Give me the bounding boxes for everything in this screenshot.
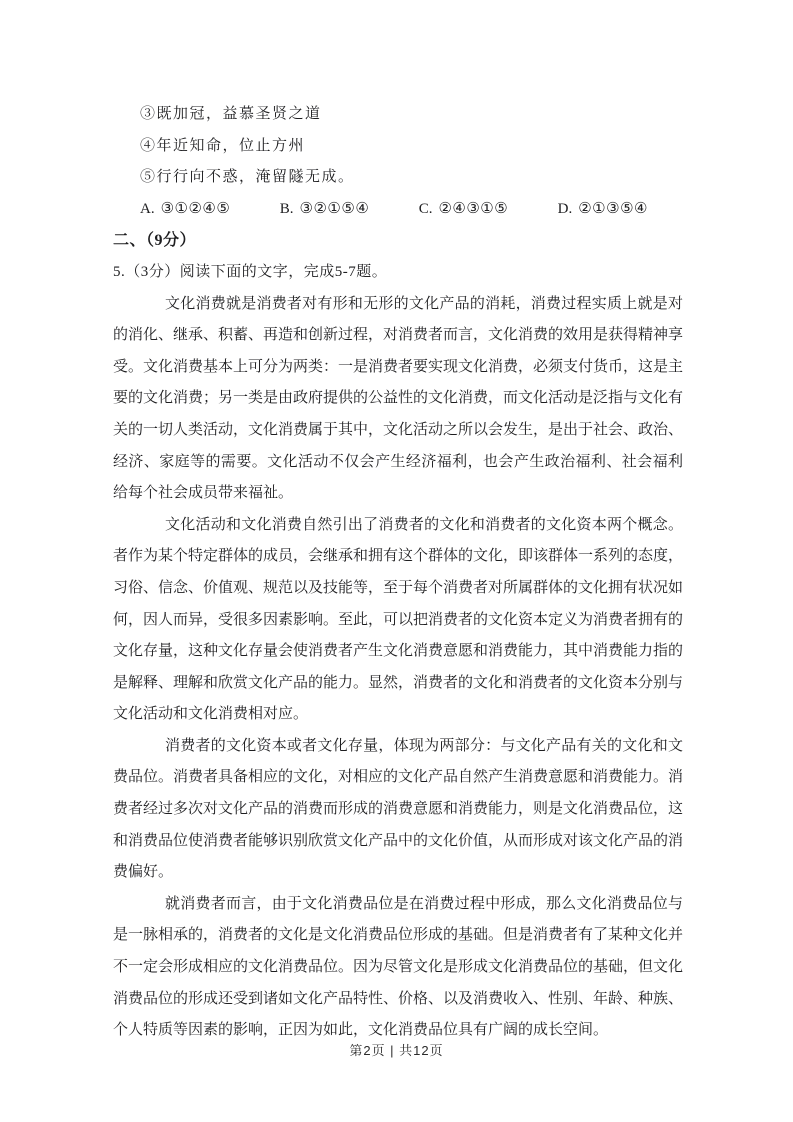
option-b-label: B. bbox=[280, 201, 294, 217]
passage-paragraph-1: 文化消费就是消费者对有形和无形的文化产品的消耗，消费过程实质上就是对文化 的消化… bbox=[113, 289, 683, 510]
passage-line: 要的文化消费；另一类是由政府提供的公益性的文化消费，而文化活动是泛指与文化有 bbox=[113, 383, 683, 415]
passage-line: 何，因人而异，受很多因素影响。至此，可以把消费者的文化资本定义为消费者拥有的 bbox=[113, 605, 683, 637]
question4-item-3: ③既加冠，益慕圣贤之道 bbox=[113, 99, 683, 131]
option-c-label: C. bbox=[419, 201, 433, 217]
passage-line: 受。文化消费基本上可分为两类：一是消费者要实现文化消费，必须支付货币，这是主 bbox=[113, 352, 683, 384]
option-d-sequence: ②①③⑤④ bbox=[578, 201, 648, 217]
page-footer: 第2页 | 共12页 bbox=[0, 1041, 793, 1061]
question5-intro: 5.（3分）阅读下面的文字，完成5-7题。 bbox=[113, 257, 683, 289]
passage-line: 文化消费就是消费者对有形和无形的文化产品的消耗，消费过程实质上就是对文化 bbox=[113, 289, 683, 321]
passage-paragraph-2: 文化活动和文化消费自然引出了消费者的文化和消费者的文化资本两个概念。消费 者作为… bbox=[113, 510, 683, 731]
passage-line: 关的一切人类活动，文化消费属于其中，文化活动之所以会发生，是出于社会、政治、 bbox=[113, 415, 683, 447]
option-c: C.②④③①⑤ bbox=[419, 194, 509, 226]
option-a: A.③①②④⑤ bbox=[140, 194, 230, 226]
passage-line: 和消费品位使消费者能够识别欣赏文化产品中的文化价值，从而形成对该文化产品的消 bbox=[113, 826, 683, 858]
question4-item-5: ⑤行行向不惑，淹留隧无成。 bbox=[113, 162, 683, 194]
question4-item-4: ④年近知命，位止方州 bbox=[113, 131, 683, 163]
passage-line: 是解释、理解和欣赏文化产品的能力。显然，消费者的文化和消费者的文化资本分别与 bbox=[113, 668, 683, 700]
passage-line: 不一定会形成相应的文化消费品位。因为尽管文化是形成文化消费品位的基础，但文化 bbox=[113, 952, 683, 984]
question4-options: A.③①②④⑤ B.③②①⑤④ C.②④③①⑤ D.②①③⑤④ bbox=[113, 194, 648, 226]
passage-line: 给每个社会成员带来福祉。 bbox=[113, 478, 683, 510]
option-b-sequence: ③②①⑤④ bbox=[300, 201, 370, 217]
passage-line: 消费者的文化资本或者文化存量，体现为两部分：与文化产品有关的文化和文化消 bbox=[113, 731, 683, 763]
passage-line: 经济、家庭等的需要。文化活动不仅会产生经济福利，也会产生政治福利、社会福利等， bbox=[113, 447, 683, 479]
passage-line: 习俗、信念、价值观、规范以及技能等，至于每个消费者对所属群体的文化拥有状况如 bbox=[113, 573, 683, 605]
page-indicator: 第2页 | 共12页 bbox=[349, 1043, 443, 1058]
passage-line: 文化活动和文化消费相对应。 bbox=[113, 699, 683, 731]
option-a-label: A. bbox=[140, 201, 155, 217]
option-d-label: D. bbox=[558, 201, 573, 217]
passage-line: 费品位。消费者具备相应的文化，对相应的文化产品自然产生消费意愿和消费能力。消 bbox=[113, 762, 683, 794]
exam-paper-page: ③既加冠，益慕圣贤之道 ④年近知命，位止方州 ⑤行行向不惑，淹留隧无成。 A.③… bbox=[0, 0, 793, 1122]
passage-line: 的消化、继承、积蓄、再造和创新过程，对消费者而言，文化消费的效用是获得精神享 bbox=[113, 320, 683, 352]
passage-line: 就消费者而言，由于文化消费品位是在消费过程中形成，那么文化消费品位与文化 bbox=[113, 889, 683, 921]
passage-line: 文化存量，这种文化存量会使消费者产生文化消费意愿和消费能力，其中消费能力指的 bbox=[113, 636, 683, 668]
option-b: B.③②①⑤④ bbox=[280, 194, 370, 226]
section-heading: 二、（9分） bbox=[113, 225, 683, 257]
passage-line: 者作为某个特定群体的成员，会继承和拥有这个群体的文化，即该群体一系列的态度， bbox=[113, 541, 683, 573]
passage-line: 文化活动和文化消费自然引出了消费者的文化和消费者的文化资本两个概念。消费 bbox=[113, 510, 683, 542]
option-c-sequence: ②④③①⑤ bbox=[438, 201, 508, 217]
passage-line: 费偏好。 bbox=[113, 857, 683, 889]
passage-paragraph-4: 就消费者而言，由于文化消费品位是在消费过程中形成，那么文化消费品位与文化 是一脉… bbox=[113, 889, 683, 1047]
passage-paragraph-3: 消费者的文化资本或者文化存量，体现为两部分：与文化产品有关的文化和文化消 费品位… bbox=[113, 731, 683, 889]
option-a-sequence: ③①②④⑤ bbox=[161, 201, 231, 217]
passage-line: 费者经过多次对文化产品的消费而形成的消费意愿和消费能力，则是文化消费品位，这 bbox=[113, 794, 683, 826]
passage-line: 消费品位的形成还受到诸如文化产品特性、价格、以及消费收入、性别、年龄、种族、 bbox=[113, 984, 683, 1016]
passage-line: 是一脉相承的，消费者的文化是文化消费品位形成的基础。但是消费者有了某种文化并 bbox=[113, 920, 683, 952]
option-d: D.②①③⑤④ bbox=[558, 194, 648, 226]
